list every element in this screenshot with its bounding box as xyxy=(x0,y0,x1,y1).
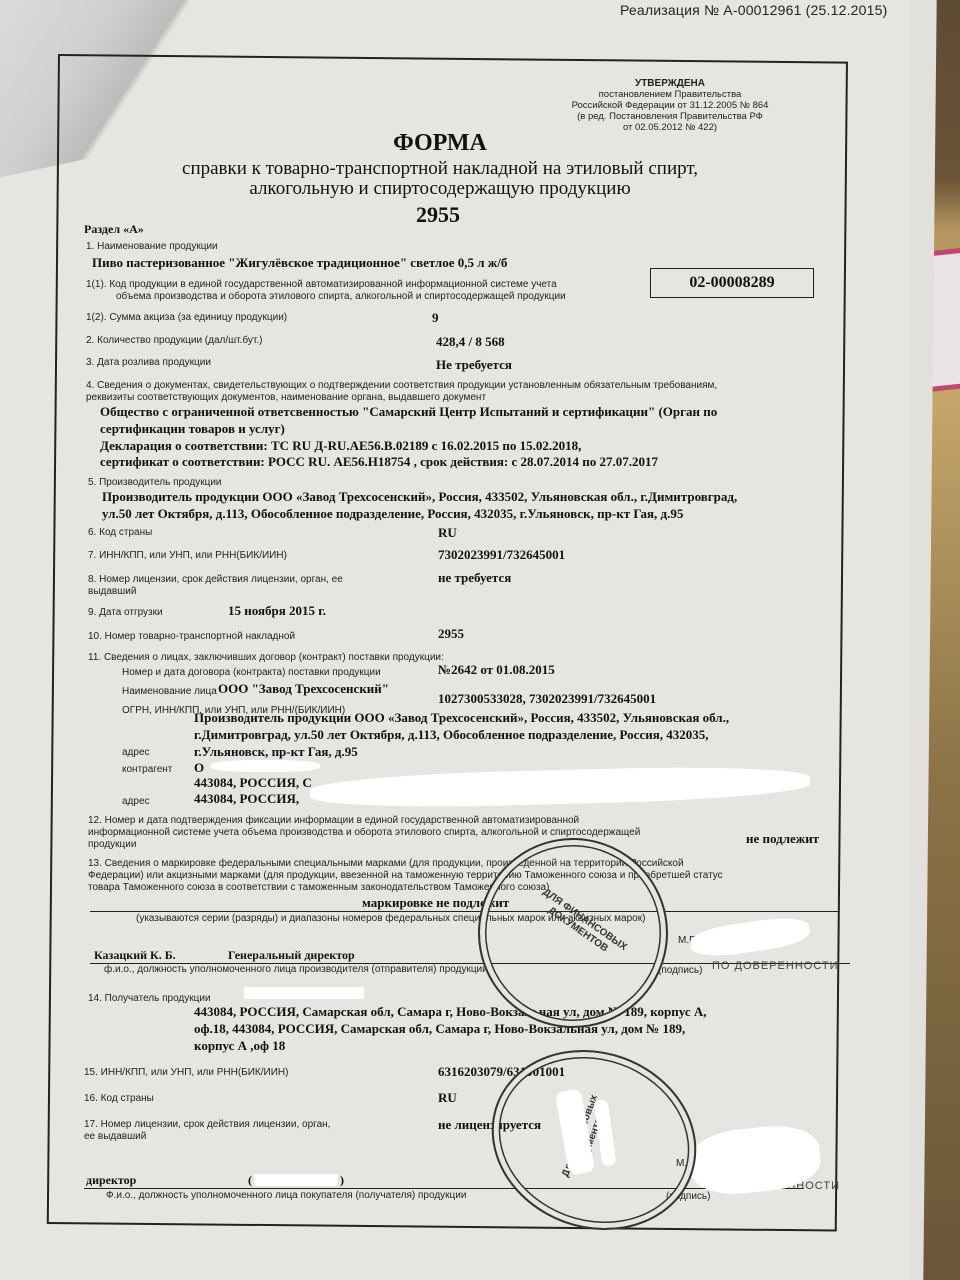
contract-value: №2642 от 01.08.2015 xyxy=(438,661,555,678)
sender-name: Казацкий К. Б. xyxy=(94,947,176,964)
counterparty-address-line1: 443084, РОССИЯ, С xyxy=(194,774,312,791)
field-3-label: 3. Дата розлива продукции xyxy=(86,356,211,369)
form-title: ФОРМА xyxy=(0,130,890,157)
counterparty-address-line2: 443084, РОССИЯ, xyxy=(194,790,299,807)
field-6-value: RU xyxy=(438,524,457,541)
field-10-value: 2955 xyxy=(438,625,464,642)
field-2-label: 2. Количество продукции (дал/шт.бут.) xyxy=(86,334,263,347)
sender-sign-caption: (подпись) xyxy=(658,964,702,977)
sender-proxy-stamp: ПО ДОВЕРЕННОСТИ xyxy=(712,960,839,972)
field-16-value: RU xyxy=(438,1089,457,1106)
field-12-label-line3: продукции xyxy=(88,838,136,851)
field-5-value-line1: Производитель продукции ООО «Завод Трехс… xyxy=(102,488,737,505)
counterparty-label: контрагент xyxy=(122,763,172,776)
field-16-label: 16. Код страны xyxy=(84,1092,154,1105)
ogrn-value: 1027300533028, 7302023991/732645001 xyxy=(438,690,656,707)
approved-line: (в ред. Постановления Правительства РФ xyxy=(570,111,770,122)
field-12-value: не подлежит xyxy=(746,830,819,847)
form-subtitle-line1: справки к товарно-транспортной накладной… xyxy=(0,158,890,180)
receiver-caption: Ф.и.о., должность уполномоченного лица п… xyxy=(106,1189,466,1202)
field-1-2-label: 1(2). Сумма акциза (за единицу продукции… xyxy=(86,311,287,324)
field-14-value-line3: корпус А ,оф 18 xyxy=(194,1037,285,1054)
field-1-label: 1. Наименование продукции xyxy=(86,240,218,253)
field-5-value-line2: ул.50 лет Октября, д.113, Обособленное п… xyxy=(102,505,683,522)
field-13-label-line3: товара Таможенного союза в соответствии … xyxy=(88,881,549,894)
approved-block: УТВЕРЖДЕНА постановлением Правительства … xyxy=(570,78,770,133)
field-7-label: 7. ИНН/КПП, или УНП, или РНН(БИК/ИИН) xyxy=(88,549,287,562)
field-9-value: 15 ноября 2015 г. xyxy=(228,602,326,619)
field-1-value: Пиво пастеризованное "Жигулёвское традиц… xyxy=(92,254,507,271)
party-address-line1: Производитель продукции ООО «Завод Трехс… xyxy=(194,709,729,726)
field-4-value-line4: сертификат о соответствии: РОСС RU. АЕ56… xyxy=(100,453,658,470)
field-2-value: 428,4 / 8 568 xyxy=(436,333,505,350)
field-3-value: Не требуется xyxy=(436,356,512,373)
receiver-name-close: ) xyxy=(340,1172,344,1189)
field-7-value: 7302023991/732645001 xyxy=(438,546,565,563)
approved-line: Российской Федерации от 31.12.2005 № 864 xyxy=(570,100,770,111)
redaction xyxy=(244,987,364,999)
contract-label: Номер и дата договора (контракта) постав… xyxy=(122,666,381,679)
party-name-label: Наименование лица xyxy=(122,685,217,698)
party-name-value: ООО "Завод Трехсосенский" xyxy=(218,680,389,697)
counterparty-address-label: адрес xyxy=(122,795,150,808)
field-8-value: не требуется xyxy=(438,569,511,586)
realization-number: Реализация № А-00012961 (25.12.2015) xyxy=(620,2,887,18)
field-4-value-line1: Общество с ограниченной ответсвенностью … xyxy=(100,403,717,420)
redaction xyxy=(210,760,320,772)
field-6-label: 6. Код страны xyxy=(88,526,152,539)
form-subtitle-line2: алкогольную и спиртосодержащую продукцию xyxy=(0,178,890,200)
approved-line: постановлением Правительства xyxy=(570,89,770,100)
receiver-position: директор xyxy=(86,1172,136,1189)
field-14-value-line2: оф.18, 443084, РОССИЯ, Самарская обл, Са… xyxy=(194,1020,685,1037)
sender-position: Генеральный директор xyxy=(228,947,355,964)
seal-center-text: ДЛЯ ФИНАНСОВЫХ ДОКУМЕНТОВ xyxy=(529,884,633,967)
section-heading: Раздел «А» xyxy=(84,222,144,237)
product-code-box: 02-00008289 xyxy=(650,268,814,298)
field-17-label-line2: ее выдавший xyxy=(84,1130,146,1143)
document-sheet: Реализация № А-00012961 (25.12.2015) УТВ… xyxy=(0,0,910,1280)
receiver-name-open: ( xyxy=(248,1172,252,1189)
approved-heading: УТВЕРЖДЕНА xyxy=(570,78,770,89)
sender-caption: ф.и.о., должность уполномоченного лица п… xyxy=(104,963,488,976)
party-address-line3: г.Ульяновск, пр-кт Гая, д.95 xyxy=(194,743,358,760)
field-1-1-label-line2: объема производства и оборота этилового … xyxy=(116,290,566,303)
party-address-line2: г.Димитровград, ул.50 лет Октября, д.113… xyxy=(194,726,709,743)
field-14-label: 14. Получатель продукции xyxy=(88,992,211,1005)
field-4-value-line3: Декларация о соответствии: ТС RU Д-RU.АЕ… xyxy=(100,437,581,454)
field-4-value-line2: сертификации товаров и услуг) xyxy=(100,420,285,437)
field-11-label: 11. Сведения о лицах, заключивших догово… xyxy=(88,651,444,664)
field-8-label-line2: выдавший xyxy=(88,585,136,598)
redaction xyxy=(254,1174,338,1186)
field-12-label-line2: информационной системе учета объема прои… xyxy=(88,826,640,839)
field-15-label: 15. ИНН/КПП, или УНП, или РНН(БИК/ИИН) xyxy=(84,1066,288,1079)
party-address-label: адрес xyxy=(122,746,150,759)
field-10-label: 10. Номер товарно-транспортной накладной xyxy=(88,630,295,643)
field-9-label: 9. Дата отгрузки xyxy=(88,606,163,619)
field-1-2-value: 9 xyxy=(432,309,439,326)
